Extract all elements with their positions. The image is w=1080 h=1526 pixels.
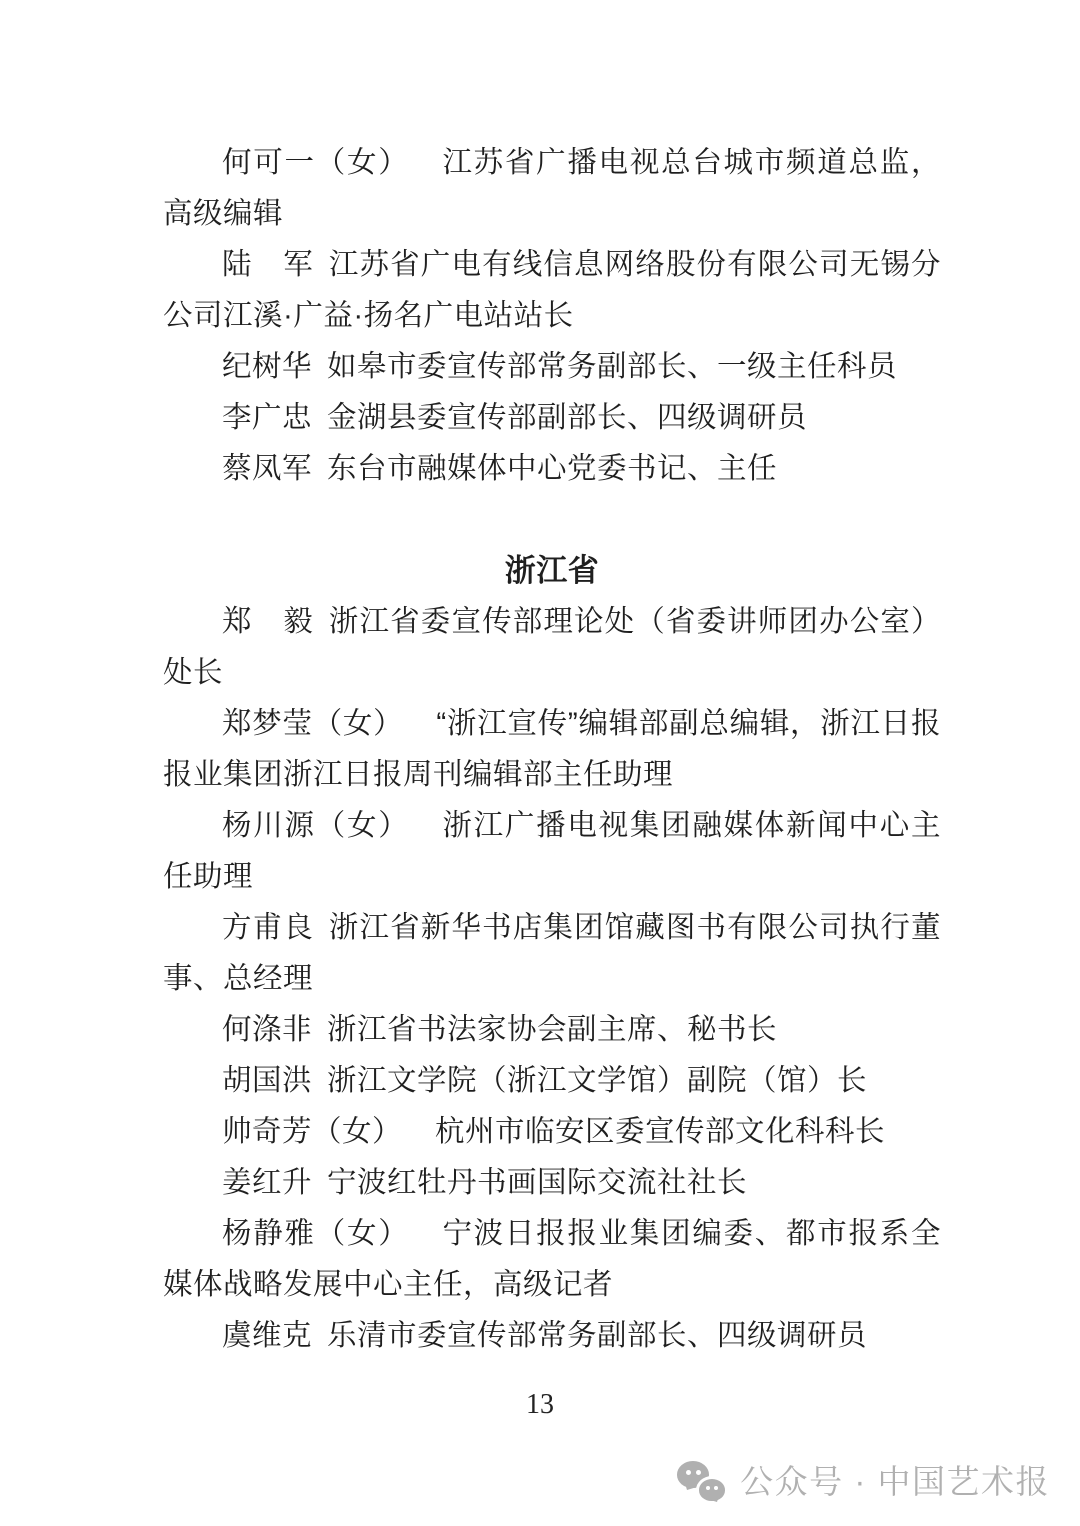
entry-title: 浙江省书法家协会副主席、秘书长	[327, 1013, 777, 1046]
entry-name: 纪树华	[222, 350, 312, 383]
entry-name: 胡国洪	[222, 1064, 312, 1097]
entry-name: 李广忠	[222, 401, 312, 434]
entry: 何涤非浙江省书法家协会副主席、秘书长	[163, 1004, 941, 1055]
entry-name: 何可一	[222, 146, 316, 179]
entry-title: 东台市融媒体中心党委书记、主任	[327, 452, 777, 485]
entry: 纪树华如皋市委宣传部常务副部长、一级主任科员	[163, 341, 941, 392]
entry: 何可一（女）江苏省广播电视总台城市频道总监，高级编辑	[163, 137, 941, 239]
entry: 蔡凤军东台市融媒体中心党委书记、主任	[163, 443, 941, 494]
gender-note: （女）	[313, 707, 404, 740]
section-header: 浙江省	[163, 545, 941, 596]
entry-title: 如皋市委宣传部常务副部长、一级主任科员	[327, 350, 897, 383]
entry-name: 郑 毅	[222, 605, 314, 638]
entry-name: 杨静雅	[222, 1217, 316, 1250]
entry: 李广忠金湖县委宣传部副部长、四级调研员	[163, 392, 941, 443]
gender-note: （女）	[316, 1217, 410, 1250]
entry: 陆 军江苏省广电有线信息网络股份有限公司无锡分公司江溪·广益·扬名广电站站长	[163, 239, 941, 341]
gender-note: （女）	[316, 146, 410, 179]
entry-name: 蔡凤军	[222, 452, 312, 485]
entry: 方甫良浙江省新华书店集团馆藏图书有限公司执行董事、总经理	[163, 902, 941, 1004]
entry-name: 帅奇芳	[222, 1115, 312, 1148]
entry-name: 虞维克	[222, 1319, 312, 1352]
entry: 姜红升宁波红牡丹书画国际交流社社长	[163, 1157, 941, 1208]
entry-title: 杭州市临安区委宣传部文化科科长	[435, 1115, 885, 1148]
wechat-bubble-small	[699, 1479, 725, 1501]
entry-name: 陆 军	[222, 248, 314, 281]
entry-name: 姜红升	[222, 1166, 312, 1199]
document-body: 何可一（女）江苏省广播电视总台城市频道总监，高级编辑陆 军江苏省广电有线信息网络…	[163, 137, 941, 1361]
entry-title: 宁波红牡丹书画国际交流社社长	[327, 1166, 747, 1199]
wechat-icon	[677, 1459, 727, 1501]
gender-note: （女）	[316, 809, 410, 842]
entry-name: 郑梦莹	[222, 707, 313, 740]
watermark-footer: 公众号 · 中国艺术报	[677, 1456, 1050, 1503]
entry-name: 方甫良	[222, 911, 314, 944]
entry: 帅奇芳（女）杭州市临安区委宣传部文化科科长	[163, 1106, 941, 1157]
entry: 胡国洪浙江文学院（浙江文学馆）副院（馆）长	[163, 1055, 941, 1106]
gender-note: （女）	[312, 1115, 402, 1148]
entry: 杨川源（女）浙江广播电视集团融媒体新闻中心主任助理	[163, 800, 941, 902]
entry-title: 乐清市委宣传部常务副部长、四级调研员	[327, 1319, 867, 1352]
entry-title: 金湖县委宣传部副部长、四级调研员	[327, 401, 807, 434]
document-page: 何可一（女）江苏省广播电视总台城市频道总监，高级编辑陆 军江苏省广电有线信息网络…	[0, 0, 1080, 1526]
watermark-text: 公众号 · 中国艺术报	[740, 1456, 1050, 1503]
page-number: 13	[0, 1388, 1080, 1422]
entry: 杨静雅（女）宁波日报报业集团编委、都市报系全媒体战略发展中心主任，高级记者	[163, 1208, 941, 1310]
entry: 虞维克乐清市委宣传部常务副部长、四级调研员	[163, 1310, 941, 1361]
entry-name: 何涤非	[222, 1013, 312, 1046]
entry-title: 浙江文学院（浙江文学馆）副院（馆）长	[327, 1064, 867, 1097]
entry: 郑梦莹（女）“浙江宣传”编辑部副总编辑，浙江日报报业集团浙江日报周刊编辑部主任助…	[163, 698, 941, 800]
entry: 郑 毅浙江省委宣传部理论处（省委讲师团办公室）处长	[163, 596, 941, 698]
entry-name: 杨川源	[222, 809, 316, 842]
